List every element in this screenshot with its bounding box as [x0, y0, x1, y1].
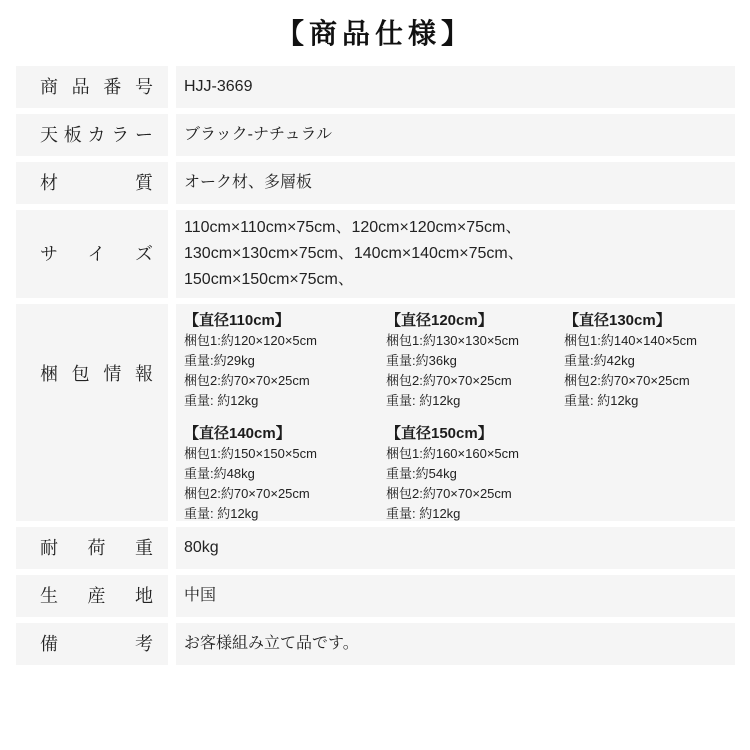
- packing-block-heading: 【直径130cm】: [564, 310, 725, 331]
- packing-block-130cm: 【直径130cm】 梱包1:約140×140×5cm 重量:約42kg 梱包2:…: [564, 310, 725, 411]
- row-label-text: 天板カラー: [40, 123, 153, 147]
- row-value-top-color: ブラック-ナチュラル: [176, 114, 735, 156]
- packing-line: 梱包2:約70×70×25cm: [386, 371, 564, 391]
- row-value-material: オーク材、多層板: [176, 162, 735, 204]
- row-value-item-number: HJJ-3669: [176, 66, 735, 108]
- origin-value: 中国: [184, 585, 725, 607]
- row-label-packing: 梱包情報: [16, 304, 168, 521]
- page-title: 【商品仕様】: [0, 0, 750, 66]
- row-label-origin: 生産地: [16, 575, 168, 617]
- packing-line: 梱包1:約150×150×5cm: [184, 444, 386, 464]
- packing-line: 重量:約48kg: [184, 464, 386, 484]
- row-label-text: サイズ: [40, 242, 153, 266]
- row-label-text: 備考: [40, 632, 153, 656]
- packing-block-150cm: 【直径150cm】 梱包1:約160×160×5cm 重量:約54kg 梱包2:…: [386, 423, 564, 524]
- packing-block-120cm: 【直径120cm】 梱包1:約130×130×5cm 重量:約36kg 梱包2:…: [386, 310, 564, 411]
- product-spec-page: 【商品仕様】 商品番号 HJJ-3669 天板カラー ブラック-ナチュラル 材質…: [0, 0, 750, 750]
- row-value-origin: 中国: [176, 575, 735, 617]
- packing-line: 梱包1:約120×120×5cm: [184, 331, 386, 351]
- material-value: オーク材、多層板: [184, 172, 725, 194]
- row-label-notes: 備考: [16, 623, 168, 665]
- packing-line: 重量:約42kg: [564, 351, 725, 371]
- row-label-text: 梱包情報: [40, 362, 153, 386]
- spec-row-material: 材質 オーク材、多層板: [16, 162, 735, 204]
- packing-line: 梱包2:約70×70×25cm: [386, 484, 564, 504]
- spec-row-top-color: 天板カラー ブラック-ナチュラル: [16, 114, 735, 156]
- notes-value: お客様組み立て品です。: [184, 633, 725, 655]
- size-line: 150cm×150cm×75cm、: [184, 267, 725, 293]
- packing-line: 重量:約54kg: [386, 464, 564, 484]
- row-label-load-capacity: 耐荷重: [16, 527, 168, 569]
- spec-row-item-number: 商品番号 HJJ-3669: [16, 66, 735, 108]
- row-value-size: 110cm×110cm×75cm、120cm×120cm×75cm、 130cm…: [176, 210, 735, 298]
- spec-table: 商品番号 HJJ-3669 天板カラー ブラック-ナチュラル 材質 オーク材、多…: [16, 66, 735, 665]
- spec-row-notes: 備考 お客様組み立て品です。: [16, 623, 735, 665]
- packing-block-140cm: 【直径140cm】 梱包1:約150×150×5cm 重量:約48kg 梱包2:…: [184, 423, 386, 524]
- packing-block-heading: 【直径120cm】: [386, 310, 564, 331]
- row-label-item-number: 商品番号: [16, 66, 168, 108]
- packing-line: 重量: 約12kg: [184, 504, 386, 524]
- packing-line: 梱包2:約70×70×25cm: [184, 371, 386, 391]
- row-label-size: サイズ: [16, 210, 168, 298]
- item-number-value: HJJ-3669: [184, 76, 725, 98]
- spec-row-size: サイズ 110cm×110cm×75cm、120cm×120cm×75cm、 1…: [16, 210, 735, 298]
- packing-block-heading: 【直径110cm】: [184, 310, 386, 331]
- row-value-load-capacity: 80kg: [176, 527, 735, 569]
- size-line: 110cm×110cm×75cm、120cm×120cm×75cm、: [184, 215, 725, 241]
- packing-line: 梱包1:約160×160×5cm: [386, 444, 564, 464]
- row-label-text: 商品番号: [40, 75, 153, 99]
- spec-row-origin: 生産地 中国: [16, 575, 735, 617]
- packing-line: 梱包1:約140×140×5cm: [564, 331, 725, 351]
- row-label-text: 生産地: [40, 584, 153, 608]
- packing-line: 梱包2:約70×70×25cm: [564, 371, 725, 391]
- row-label-text: 材質: [40, 171, 153, 195]
- row-value-notes: お客様組み立て品です。: [176, 623, 735, 665]
- packing-line: 重量:約36kg: [386, 351, 564, 371]
- row-value-packing: 【直径110cm】 梱包1:約120×120×5cm 重量:約29kg 梱包2:…: [176, 304, 735, 521]
- spec-row-packing: 梱包情報 【直径110cm】 梱包1:約120×120×5cm 重量:約29kg…: [16, 304, 735, 521]
- packing-line: 重量: 約12kg: [386, 504, 564, 524]
- packing-grid: 【直径110cm】 梱包1:約120×120×5cm 重量:約29kg 梱包2:…: [184, 310, 725, 524]
- packing-line: 梱包2:約70×70×25cm: [184, 484, 386, 504]
- packing-block-heading: 【直径140cm】: [184, 423, 386, 444]
- row-label-material: 材質: [16, 162, 168, 204]
- load-capacity-value: 80kg: [184, 537, 725, 559]
- row-label-top-color: 天板カラー: [16, 114, 168, 156]
- packing-line: 重量: 約12kg: [564, 391, 725, 411]
- size-line: 130cm×130cm×75cm、140cm×140cm×75cm、: [184, 241, 725, 267]
- packing-block-heading: 【直径150cm】: [386, 423, 564, 444]
- top-color-value: ブラック-ナチュラル: [184, 124, 725, 146]
- packing-line: 重量: 約12kg: [386, 391, 564, 411]
- packing-block-110cm: 【直径110cm】 梱包1:約120×120×5cm 重量:約29kg 梱包2:…: [184, 310, 386, 411]
- row-label-text: 耐荷重: [40, 536, 153, 560]
- spec-row-load-capacity: 耐荷重 80kg: [16, 527, 735, 569]
- packing-line: 梱包1:約130×130×5cm: [386, 331, 564, 351]
- packing-line: 重量:約29kg: [184, 351, 386, 371]
- packing-line: 重量: 約12kg: [184, 391, 386, 411]
